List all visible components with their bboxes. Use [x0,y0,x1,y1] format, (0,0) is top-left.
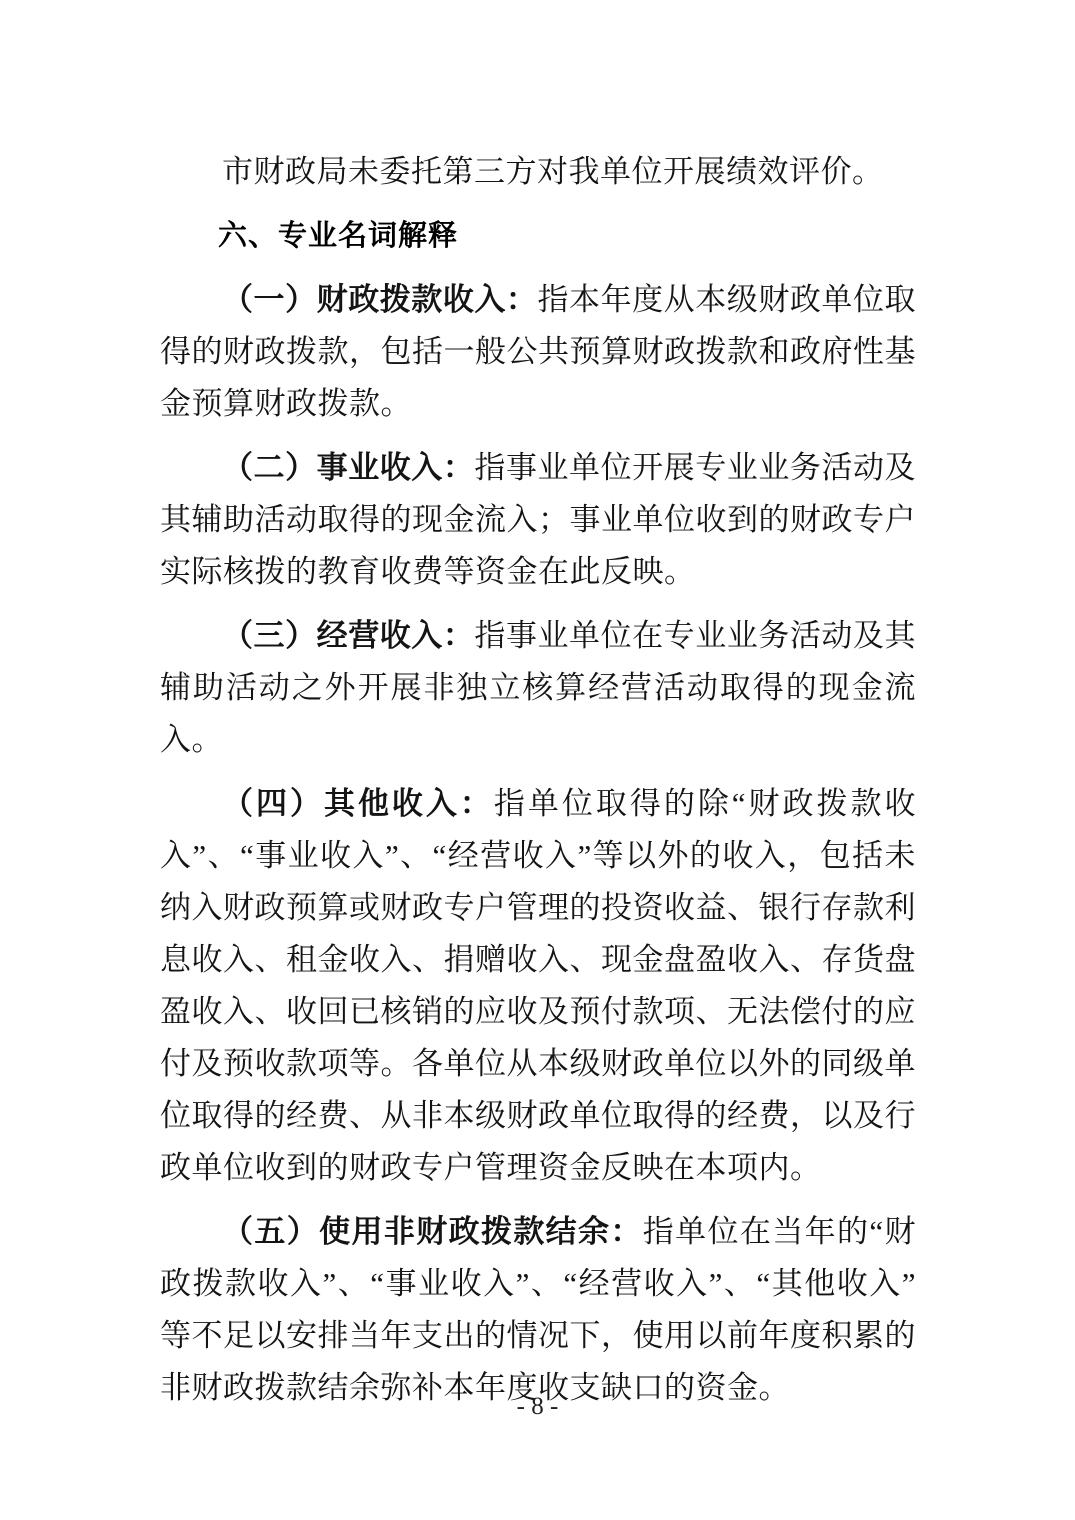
definition-term: （五）使用非财政拨款结余： [222,1214,643,1249]
document-page: 市财政局未委托第三方对我单位开展绩效评价。 六、专业名词解释 （一）财政拨款收入… [0,0,1075,1520]
definition-term: （二）事业收入： [222,450,474,485]
definition-body: 指单位取得的除“财政拨款收入”、“事业收入”、“经营收入”等以外的收入，包括未纳… [160,786,916,1185]
definition-paragraph: （四）其他收入：指单位取得的除“财政拨款收入”、“事业收入”、“经营收入”等以外… [160,778,916,1194]
definition-term: （一）财政拨款收入： [222,282,537,317]
definition-paragraph: （三）经营收入：指事业单位在专业业务活动及其辅助活动之外开展非独立核算经营活动取… [160,610,916,766]
paragraph-intro: 市财政局未委托第三方对我单位开展绩效评价。 [160,146,916,198]
page-number: - 8 - [0,1392,1075,1422]
definition-paragraph: （二）事业收入：指事业单位开展专业业务活动及其辅助活动取得的现金流入；事业单位收… [160,442,916,598]
definition-term: （三）经营收入： [222,618,474,653]
definitions-list: （一）财政拨款收入：指本年度从本级财政单位取得的财政拨款，包括一般公共预算财政拨… [160,274,916,1414]
definition-paragraph: （五）使用非财政拨款结余：指单位在当年的“财政拨款收入”、“事业收入”、“经营收… [160,1206,916,1414]
definition-term: （四）其他收入： [222,786,494,821]
section-heading: 六、专业名词解释 [160,210,916,262]
definition-paragraph: （一）财政拨款收入：指本年度从本级财政单位取得的财政拨款，包括一般公共预算财政拨… [160,274,916,430]
